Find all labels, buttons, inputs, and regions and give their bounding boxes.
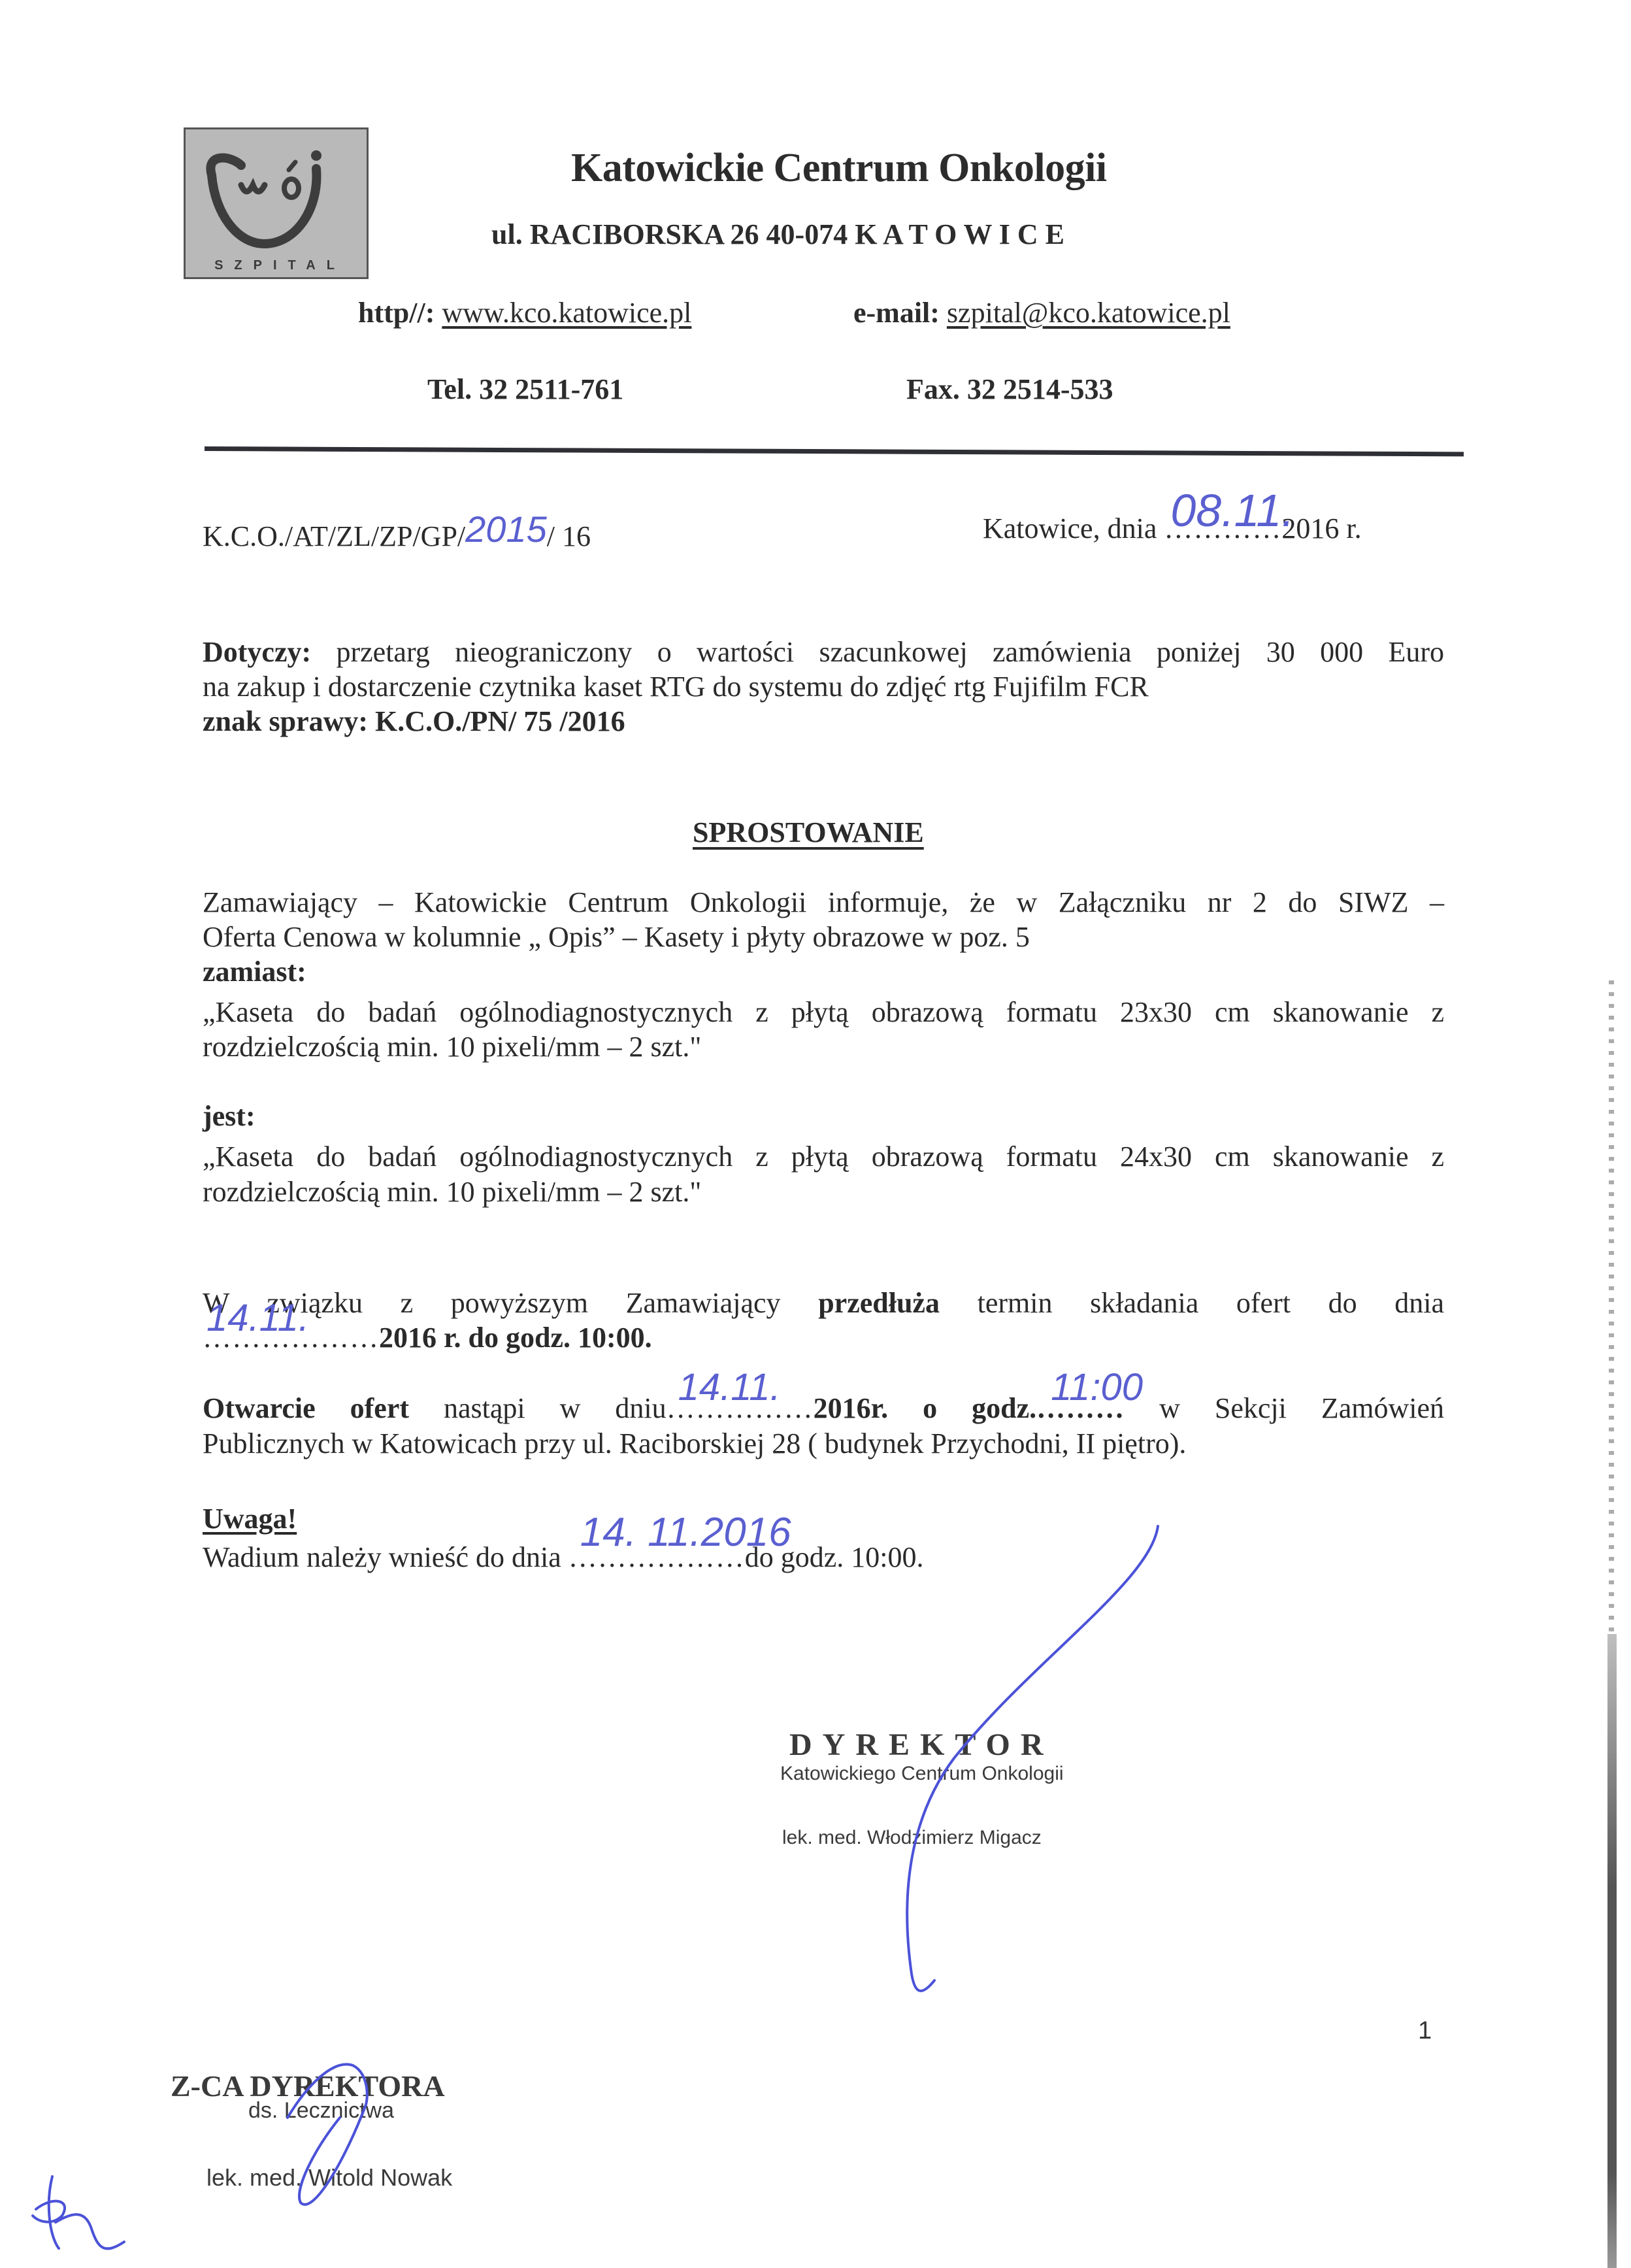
logo-caption: SZPITAL (186, 258, 367, 273)
reference-suffix: / 16 (547, 520, 591, 552)
fax-number: Fax. 32 2514-533 (906, 373, 1113, 406)
deputy-name: lek. med. Witold Nowak (206, 2164, 452, 2192)
deposit-line: Wadium należy wnieść do dnia ………………14. 1… (203, 1541, 924, 1574)
document-date: Katowice, dnia …………08.11.2016 r. (983, 512, 1362, 545)
handwritten-deadline: 14.11. (206, 1296, 309, 1340)
header-divider (205, 446, 1464, 456)
handwritten-date: 08.11. (1170, 484, 1294, 537)
intro-line-2: Oferta Cenowa w kolumnie „ Opis” – Kaset… (203, 920, 1030, 954)
extension-line-2: ………………14.11.2016 r. do godz. 10:00. (203, 1321, 652, 1354)
handwritten-reference: 2015 (465, 509, 547, 550)
old-text-line-2: rozdzielczością min. 10 pixeli/mm – 2 sz… (203, 1030, 701, 1063)
website-line: http//: www.kco.katowice.pl (358, 296, 691, 329)
email-line: e-mail: szpital@kco.katowice.pl (853, 296, 1230, 329)
subject-label: Dotyczy: (203, 636, 311, 668)
director-name: lek. med. Włodzimierz Migacz (782, 1827, 1042, 1849)
deputy-area: ds. Lecznictwa (248, 2098, 394, 2124)
old-text-line-1: „Kaseta do badań ogólnodiagnostycznych z… (203, 995, 1444, 1029)
handwritten-deposit-date: 14. 11.2016 (580, 1509, 791, 1556)
opening-line-1: Otwarcie ofert nastąpi w dniu……………14.11.… (203, 1392, 1444, 1425)
subject-line-2: na zakup i dostarczenie czytnika kaset R… (203, 670, 1149, 703)
new-text-line-1: „Kaseta do badań ogólnodiagnostycznych z… (203, 1140, 1444, 1173)
new-text-line-2: rozdzielczością min. 10 pixeli/mm – 2 sz… (203, 1175, 701, 1209)
organization-address: ul. RACIBORSKA 26 40-074 K A T O W I C E (491, 218, 1064, 251)
director-organization: Katowickiego Centrum Onkologii (780, 1763, 1064, 1785)
director-title: DYREKTOR (789, 1727, 1054, 1763)
smile-logo-icon (186, 129, 367, 277)
hospital-logo: SZPITAL (184, 127, 369, 279)
website-label: http//: (358, 297, 442, 329)
case-number: znak sprawy: K.C.O./PN/ 75 /2016 (203, 705, 625, 738)
website-link[interactable]: www.kco.katowice.pl (442, 297, 691, 329)
intro-line-1: Zamawiający – Katowickie Centrum Onkolog… (203, 886, 1444, 919)
page-number: 1 (1418, 2017, 1432, 2045)
reference-prefix: K.C.O./AT/ZL/ZP/GP/ (203, 520, 465, 552)
email-label: e-mail: (853, 297, 947, 329)
scan-edge-marks (1609, 980, 1614, 1634)
handwritten-opening-date: 14.11. (678, 1365, 781, 1409)
scan-edge (1607, 1634, 1617, 2268)
date-prefix: Katowice, dnia (983, 512, 1164, 544)
handwritten-opening-time: 11:00 (1051, 1365, 1143, 1409)
corrected-label: jest: (203, 1099, 255, 1133)
signature-ink-icon (0, 0, 1631, 2268)
note-label: Uwaga! (203, 1502, 297, 1535)
extends-emphasis: przedłuża (818, 1287, 940, 1319)
organization-name: Katowickie Centrum Onkologii (571, 145, 1107, 192)
document-heading: SPROSTOWANIE (693, 816, 924, 849)
opening-line-2: Publicznych w Katowicach przy ul. Racibo… (203, 1427, 1186, 1460)
email-link[interactable]: szpital@kco.katowice.pl (947, 297, 1230, 329)
extension-line-1: W związku z powyższym Zamawiający przedł… (203, 1286, 1444, 1320)
instead-label: zamiast: (203, 955, 306, 988)
reference-number: K.C.O./AT/ZL/ZP/GP/2015/ 16 (203, 512, 591, 554)
phone-number: Tel. 32 2511-761 (427, 373, 623, 406)
initials-icon (33, 2176, 124, 2248)
subject-line-1: Dotyczy: przetarg nieograniczony o warto… (203, 635, 1444, 669)
